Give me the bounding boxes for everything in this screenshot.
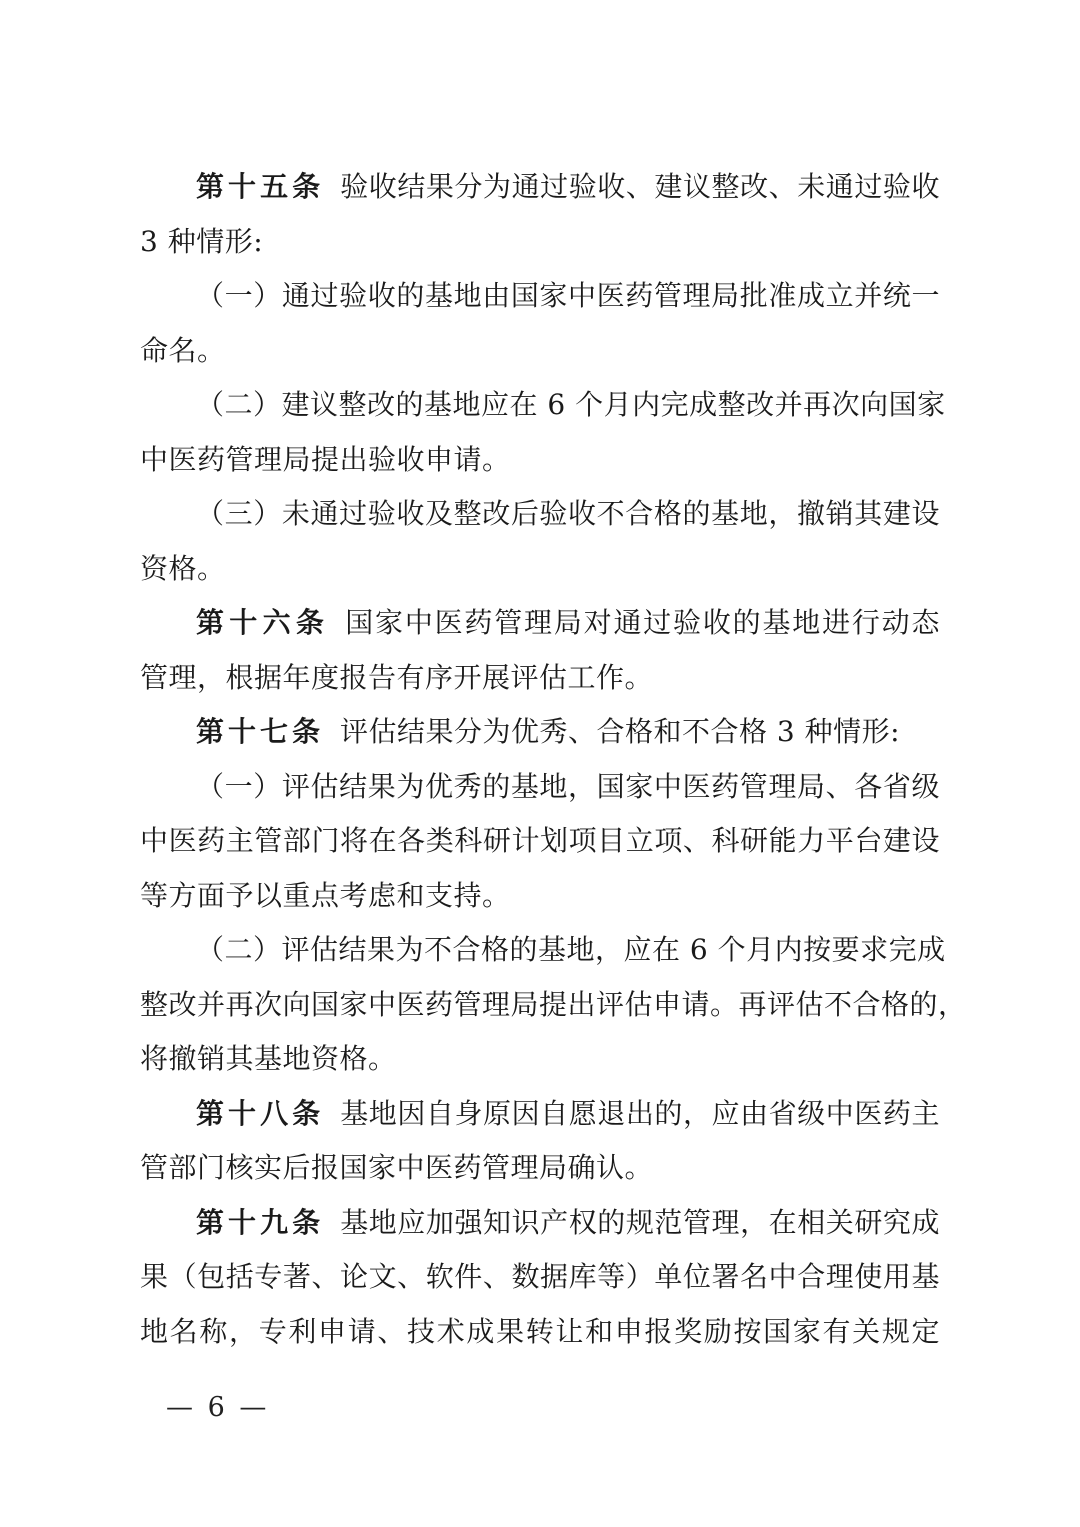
article-number: 第十九条 xyxy=(196,1206,324,1239)
line-text: 地名称，专利申请、技术成果转让和申报奖励按国家有关规定 xyxy=(140,1315,940,1348)
text-line: 资格。 xyxy=(140,542,940,597)
line-text: 3 种情形: xyxy=(140,225,263,258)
text-line: （一）通过验收的基地由国家中医药管理局批准成立并统一 xyxy=(140,269,940,324)
line-text: 整改并再次向国家中医药管理局提出评估申请。再评估不合格的， xyxy=(140,988,967,1021)
article-number: 第十七条 xyxy=(196,715,324,748)
text-line: 第十九条基地应加强知识产权的规范管理，在相关研究成 xyxy=(140,1196,940,1251)
text-line: （二）评估结果为不合格的基地，应在 6 个月内按要求完成 xyxy=(140,923,940,978)
line-text: 国家中医药管理局对通过验收的基地进行动态 xyxy=(345,606,940,639)
text-line: （三）未通过验收及整改后验收不合格的基地，撤销其建设 xyxy=(140,487,940,542)
line-text: 等方面予以重点考虑和支持。 xyxy=(140,879,511,912)
text-line: 第十八条基地因自身原因自愿退出的，应由省级中医药主 xyxy=(140,1087,940,1142)
text-line: 第十五条验收结果分为通过验收、建议整改、未通过验收 xyxy=(140,160,940,215)
text-line: 将撤销其基地资格。 xyxy=(140,1032,940,1087)
article-number: 第十六条 xyxy=(196,606,329,639)
text-line: 地名称，专利申请、技术成果转让和申报奖励按国家有关规定 xyxy=(140,1305,940,1360)
line-text: 中医药管理局提出验收申请。 xyxy=(140,443,511,476)
line-text: 资格。 xyxy=(140,552,226,585)
line-text: 验收结果分为通过验收、建议整改、未通过验收 xyxy=(340,170,940,203)
text-line: 中医药主管部门将在各类科研计划项目立项、科研能力平台建设 xyxy=(140,814,940,869)
text-line: 整改并再次向国家中医药管理局提出评估申请。再评估不合格的， xyxy=(140,978,940,1033)
text-line: （二）建议整改的基地应在 6 个月内完成整改并再次向国家 xyxy=(140,378,940,433)
text-line: 3 种情形: xyxy=(140,215,940,270)
article-number: 第十五条 xyxy=(196,170,324,203)
line-text: 管部门核实后报国家中医药管理局确认。 xyxy=(140,1151,653,1184)
line-text: 将撤销其基地资格。 xyxy=(140,1042,397,1075)
line-text: （一）通过验收的基地由国家中医药管理局批准成立并统一 xyxy=(196,279,940,312)
text-line: 管理，根据年度报告有序开展评估工作。 xyxy=(140,651,940,706)
text-line: 等方面予以重点考虑和支持。 xyxy=(140,869,940,924)
line-text: （一）评估结果为优秀的基地，国家中医药管理局、各省级 xyxy=(196,770,940,803)
line-text: 管理，根据年度报告有序开展评估工作。 xyxy=(140,661,653,694)
text-line: 第十六条国家中医药管理局对通过验收的基地进行动态 xyxy=(140,596,940,651)
text-line: 第十七条评估结果分为优秀、合格和不合格 3 种情形: xyxy=(140,705,940,760)
line-text: （三）未通过验收及整改后验收不合格的基地，撤销其建设 xyxy=(196,497,940,530)
line-text: 基地应加强知识产权的规范管理，在相关研究成 xyxy=(340,1206,940,1239)
document-text: 第十五条验收结果分为通过验收、建议整改、未通过验收3 种情形:（一）通过验收的基… xyxy=(140,160,940,1359)
text-line: 中医药管理局提出验收申请。 xyxy=(140,433,940,488)
line-text: 基地因自身原因自愿退出的，应由省级中医药主 xyxy=(340,1097,940,1130)
text-line: （一）评估结果为优秀的基地，国家中医药管理局、各省级 xyxy=(140,760,940,815)
line-text: 果（包括专著、论文、软件、数据库等）单位署名中合理使用基 xyxy=(140,1260,940,1293)
text-line: 果（包括专著、论文、软件、数据库等）单位署名中合理使用基 xyxy=(140,1250,940,1305)
document-page: 第十五条验收结果分为通过验收、建议整改、未通过验收3 种情形:（一）通过验收的基… xyxy=(0,0,1080,1527)
article-number: 第十八条 xyxy=(196,1097,324,1130)
text-line: 命名。 xyxy=(140,324,940,379)
text-line: 管部门核实后报国家中医药管理局确认。 xyxy=(140,1141,940,1196)
line-text: （二）建议整改的基地应在 6 个月内完成整改并再次向国家 xyxy=(196,388,946,421)
line-text: （二）评估结果为不合格的基地，应在 6 个月内按要求完成 xyxy=(196,933,946,966)
line-text: 评估结果分为优秀、合格和不合格 3 种情形: xyxy=(340,715,900,748)
line-text: 命名。 xyxy=(140,334,226,367)
page-number: — 6 — xyxy=(166,1392,269,1423)
line-text: 中医药主管部门将在各类科研计划项目立项、科研能力平台建设 xyxy=(140,824,940,857)
